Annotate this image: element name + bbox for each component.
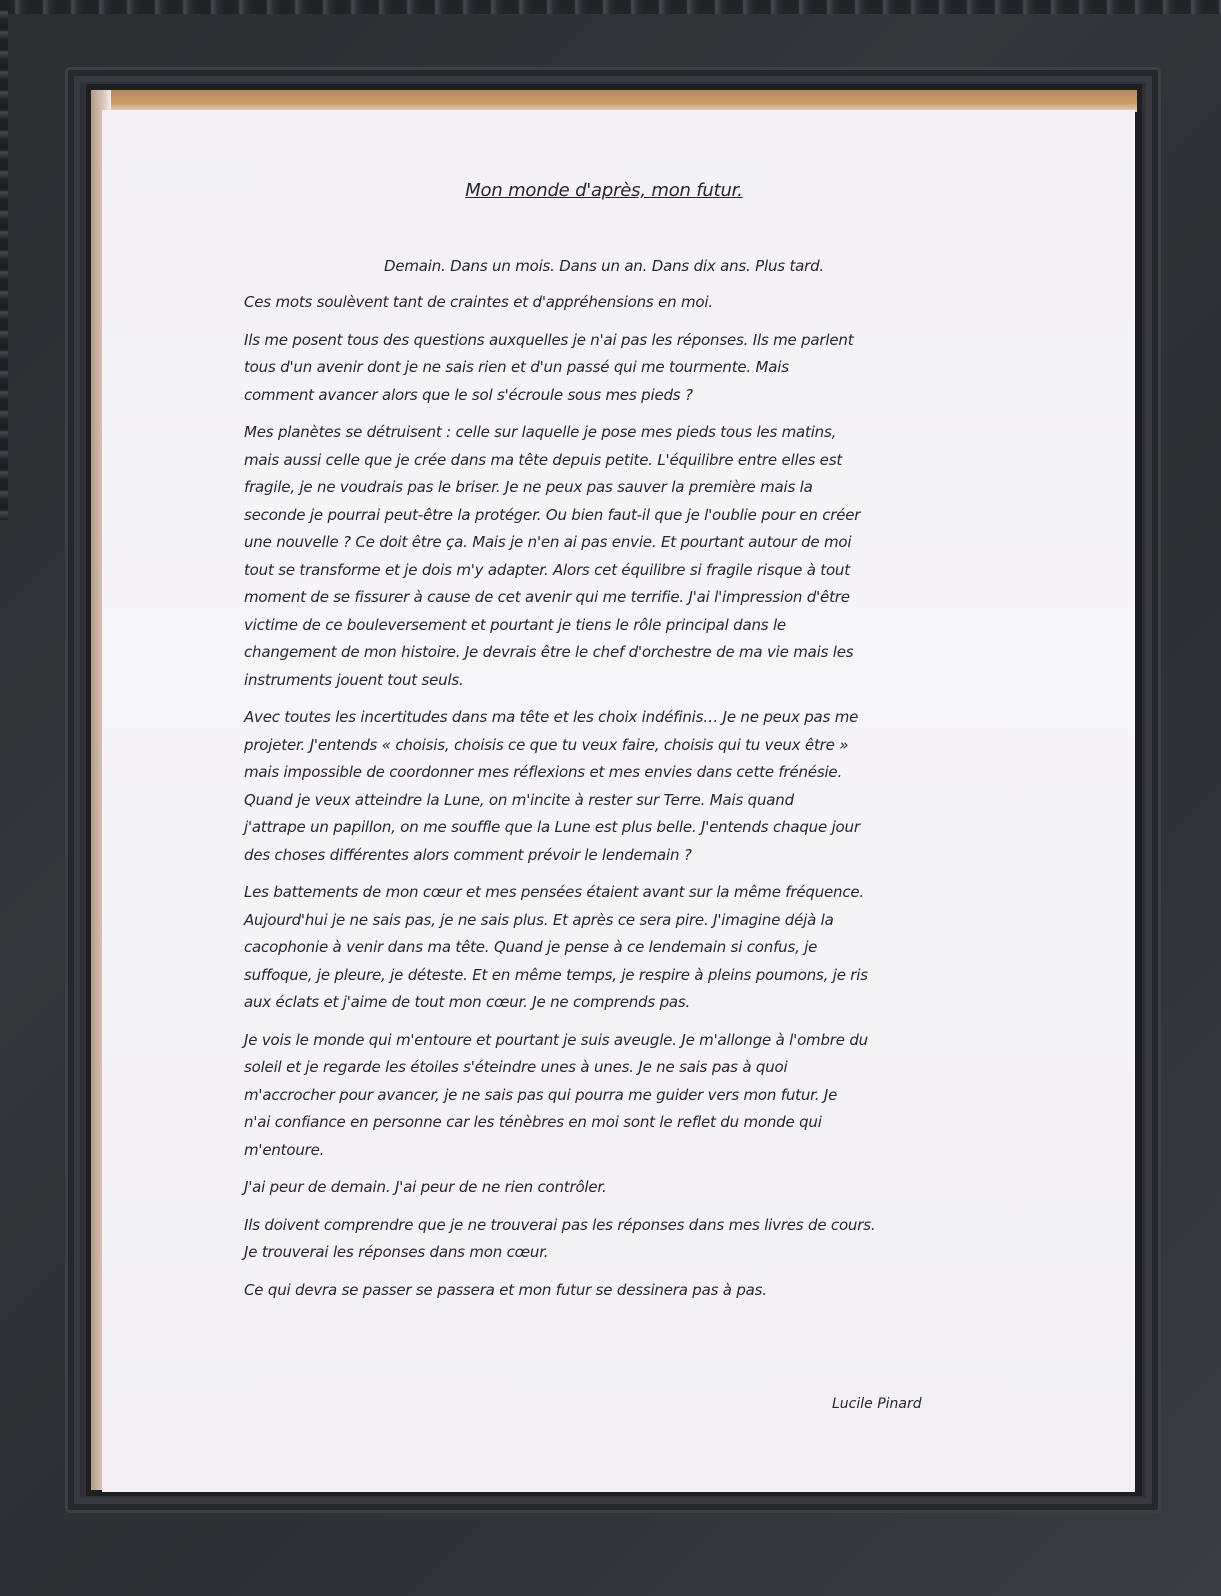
picture-frame: Mon monde d'après, mon futur. Demain. Da…	[0, 0, 1221, 1596]
text-line: m'accrocher pour avancer, je ne sais pas…	[244, 1082, 964, 1110]
paragraph-list: Ces mots soulèvent tant de craintes et d…	[244, 289, 964, 1304]
text-line: fragile, je ne voudrais pas le briser. J…	[244, 474, 964, 502]
text-line: Avec toutes les incertitudes dans ma têt…	[244, 704, 964, 732]
text-line: Quand je veux atteindre la Lune, on m'in…	[244, 787, 964, 815]
text-line: Mes planètes se détruisent : celle sur l…	[244, 419, 964, 447]
author-signature: Lucile Pinard	[832, 1396, 922, 1412]
paragraph: Ils doivent comprendre que je ne trouver…	[244, 1212, 964, 1267]
text-line: n'ai confiance en personne car les ténèb…	[244, 1109, 964, 1137]
text-line: suffoque, je pleure, je déteste. Et en m…	[244, 962, 964, 990]
text-line: seconde je pourrai peut-être la protéger…	[244, 502, 964, 530]
text-line: moment de se fissurer à cause de cet ave…	[244, 584, 964, 612]
text-line: tout se transforme et je dois m'y adapte…	[244, 557, 964, 585]
document-body: Mon monde d'après, mon futur. Demain. Da…	[244, 180, 964, 1314]
text-line: Je vois le monde qui m'entoure et pourta…	[244, 1027, 964, 1055]
paragraph: Ce qui devra se passer se passera et mon…	[244, 1277, 964, 1305]
text-line: Ce qui devra se passer se passera et mon…	[244, 1277, 964, 1305]
text-line: une nouvelle ? Ce doit être ça. Mais je …	[244, 529, 964, 557]
text-line: J'ai peur de demain. J'ai peur de ne rie…	[244, 1174, 964, 1202]
paragraph: Mes planètes se détruisent : celle sur l…	[244, 419, 964, 694]
text-line: m'entoure.	[244, 1137, 964, 1165]
text-line: changement de mon histoire. Je devrais ê…	[244, 639, 964, 667]
text-line: cacophonie à venir dans ma tête. Quand j…	[244, 934, 964, 962]
text-line: j'attrape un papillon, on me souffle que…	[244, 814, 964, 842]
text-line: mais impossible de coordonner mes réflex…	[244, 759, 964, 787]
text-line: Les battements de mon cœur et mes pensée…	[244, 879, 964, 907]
paragraph: Avec toutes les incertitudes dans ma têt…	[244, 704, 964, 869]
text-line: tous d'un avenir dont je ne sais rien et…	[244, 354, 964, 382]
mat-edge-top	[91, 90, 1137, 112]
document-title: Mon monde d'après, mon futur.	[244, 180, 964, 201]
text-line: projeter. J'entends « choisis, choisis c…	[244, 732, 964, 760]
frame-ornament-left	[0, 0, 8, 520]
text-line: instruments jouent tout seuls.	[244, 667, 964, 695]
text-line: Ils me posent tous des questions auxquel…	[244, 327, 964, 355]
paragraph: Je vois le monde qui m'entoure et pourta…	[244, 1027, 964, 1165]
text-line: aux éclats et j'aime de tout mon cœur. J…	[244, 989, 964, 1017]
text-line: mais aussi celle que je crée dans ma têt…	[244, 447, 964, 475]
paragraph: Ces mots soulèvent tant de craintes et d…	[244, 289, 964, 317]
intro-line: Demain. Dans un mois. Dans un an. Dans d…	[244, 257, 964, 275]
text-line: Aujourd'hui je ne sais pas, je ne sais p…	[244, 907, 964, 935]
paragraph: Les battements de mon cœur et mes pensée…	[244, 879, 964, 1017]
text-line: Je trouverai les réponses dans mon cœur.	[244, 1239, 964, 1267]
text-line: Ils doivent comprendre que je ne trouver…	[244, 1212, 964, 1240]
text-line: Ces mots soulèvent tant de craintes et d…	[244, 289, 964, 317]
text-line: victime de ce bouleversement et pourtant…	[244, 612, 964, 640]
text-line: comment avancer alors que le sol s'écrou…	[244, 382, 964, 410]
paragraph: J'ai peur de demain. J'ai peur de ne rie…	[244, 1174, 964, 1202]
frame-ornament-top	[0, 0, 1221, 14]
text-line: des choses différentes alors comment pré…	[244, 842, 964, 870]
paragraph: Ils me posent tous des questions auxquel…	[244, 327, 964, 410]
text-line: soleil et je regarde les étoiles s'étein…	[244, 1054, 964, 1082]
